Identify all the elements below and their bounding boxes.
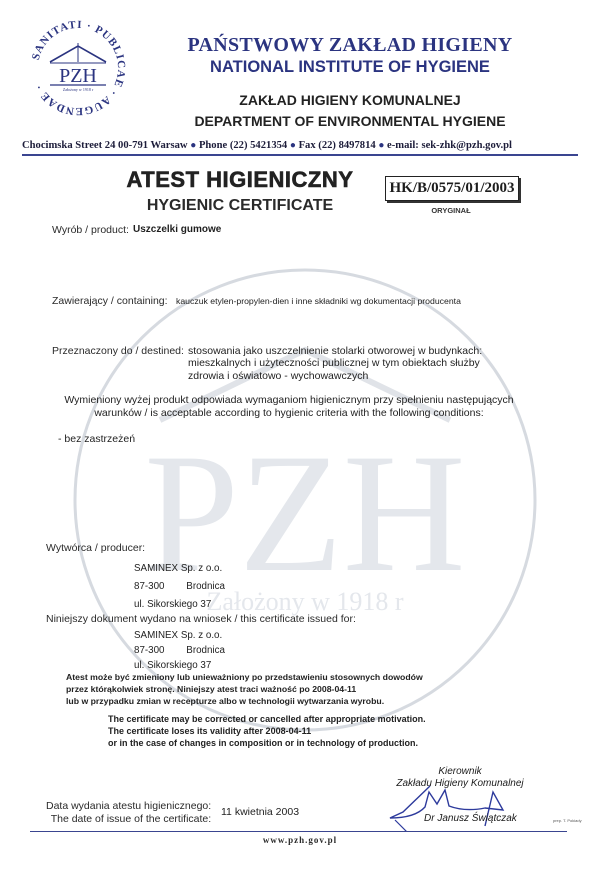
department-name-en: DEPARTMENT OF ENVIRONMENTAL HYGIENE [140, 113, 560, 129]
bullet-icon: ● [378, 140, 384, 151]
issued-for-label: Niniejszy dokument wydano na wniosek / t… [46, 613, 356, 625]
certificate-number: HK/B/0575/01/2003 [385, 176, 519, 201]
condition-item: - bez zastrzeżeń [58, 433, 135, 445]
contact-line: Chocimska Street 24 00-791 Warsaw ● Phon… [22, 140, 582, 151]
svg-text:Założony w 1918 r: Założony w 1918 r [63, 87, 94, 92]
validity-notice-pl: Atest może być zmieniony lub unieważnion… [66, 671, 423, 707]
validity-notice-en: The certificate may be corrected or canc… [108, 713, 426, 749]
pzh-logo: SANITATI · PUBLICAE · AUGENDAE · PZH Zał… [28, 18, 128, 118]
product-value: Uszczelki gumowe [133, 224, 221, 235]
institute-name-pl: PAŃSTWOWY ZAKŁAD HIGIENY [140, 34, 560, 57]
signatory-name: Dr Janusz Świątczak [424, 813, 517, 824]
bullet-icon: ● [190, 140, 196, 151]
prepared-by: prep. T. Pokiady [553, 818, 582, 823]
issue-date-label: Data wydania atestu higienicznego: The d… [46, 800, 211, 826]
destined-label: Przeznaczony do / destined: [52, 345, 184, 357]
bullet-icon: ● [290, 140, 296, 151]
fax: Fax (22) 8497814 [299, 140, 376, 151]
svg-text:PZH: PZH [59, 65, 97, 87]
acceptance-statement: Wymieniony wyżej produkt odpowiada wymag… [44, 394, 534, 419]
svg-text:Założony w 1918 r: Założony w 1918 r [206, 587, 403, 616]
issued-for-address: SAMINEX Sp. z o.o. 87-300 Brodnica ul. S… [134, 628, 225, 673]
signature-icon [385, 782, 515, 832]
department-name-pl: ZAKŁAD HIGIENY KOMUNALNEJ [140, 92, 560, 108]
producer-label: Wytwórca / producer: [46, 542, 145, 554]
institute-name-en: NATIONAL INSTITUTE OF HYGIENE [140, 58, 560, 77]
phone: Phone (22) 5421354 [199, 140, 287, 151]
containing-value: kauczuk etylen-propylen-dien i inne skła… [176, 296, 461, 306]
email-link[interactable]: e-mail: sek-zhk@pzh.gov.pl [387, 140, 512, 151]
original-label: ORYGINAŁ [385, 206, 517, 215]
certificate-title-en: HYGIENIC CERTIFICATE [100, 197, 380, 215]
containing-label: Zawierający / containing: [52, 295, 168, 307]
product-label: Wyrób / product: [52, 224, 129, 236]
footer-divider [30, 831, 567, 832]
destined-value: stosowania jako uszczelnienie stolarki o… [188, 345, 482, 382]
header-divider [22, 154, 578, 156]
address: Chocimska Street 24 00-791 Warsaw [22, 140, 188, 151]
website-link[interactable]: www.pzh.gov.pl [200, 835, 400, 845]
certificate-title-pl: ATEST HIGIENICZNY [100, 167, 380, 193]
issue-date-value: 11 kwietnia 2003 [221, 806, 299, 818]
producer-address: SAMINEX Sp. z o.o. 87-300 Brodnica ul. S… [134, 560, 225, 614]
